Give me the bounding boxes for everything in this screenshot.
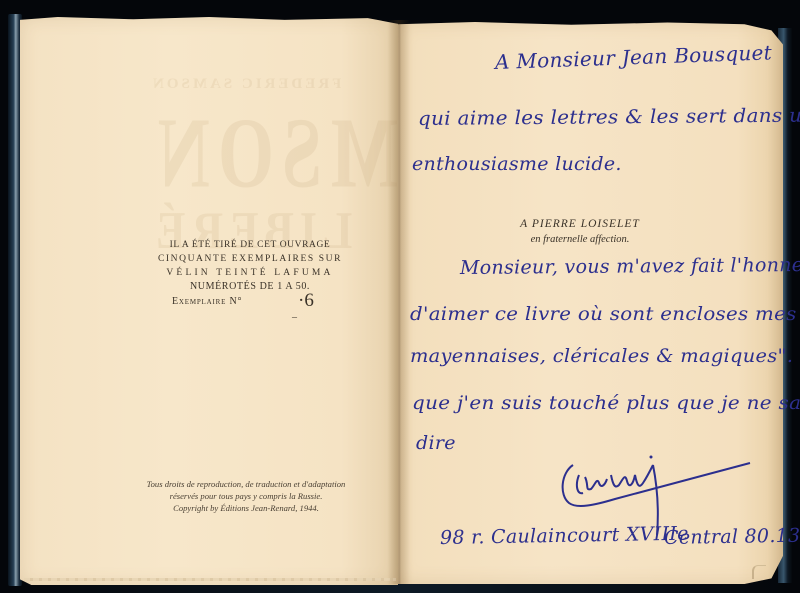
inscription-line: qui aime les lettres & les sert dans un — [418, 105, 800, 130]
exemplaire-label: Exemplaire N° — [172, 296, 242, 307]
plastic-jacket-left-edge — [8, 14, 22, 586]
inscription-line: que j'en suis touché plus que je ne saur… — [412, 392, 800, 414]
colophon-line: VÉLIN TEINTÉ LAFUMA — [150, 266, 350, 280]
page-corner-curl — [752, 565, 766, 579]
book-photo: FREDERIC SAMSON SAMSON LIBERÉ IL A ÉTÉ T… — [0, 0, 800, 593]
exemplaire-number-value: ·6 — [298, 290, 314, 311]
inscription-line: enthousiasme lucide. — [412, 153, 622, 175]
inscription-line: dire — [416, 432, 456, 454]
inscription-line: d'aimer ce livre où sont encloses mes "e… — [410, 303, 800, 325]
colophon-line: CINQUANTE EXEMPLAIRES SUR — [150, 252, 350, 266]
colophon: IL A ÉTÉ TIRÉ DE CET OUVRAGE CINQUANTE E… — [150, 238, 350, 294]
bleed-through-author: FREDERIC SAMSON — [150, 76, 341, 93]
author-address: 98 r. Caulaincourt XVIIIe — [440, 523, 689, 549]
dedication-name: A PIERRE LOISELET — [480, 216, 680, 232]
exemplaire-number: ·6 – — [298, 290, 314, 312]
author-phone: Central 80.13 — [664, 525, 800, 549]
copyright-line: réservés pour tous pays y compris la Rus… — [118, 490, 374, 502]
copyright-line: Tous droits de reproduction, de traducti… — [118, 478, 374, 490]
copyright-line: Copyright by Éditions Jean-Renard, 1944. — [118, 502, 374, 514]
exemplaire-underline-mark: – — [292, 312, 297, 323]
colophon-line: IL A ÉTÉ TIRÉ DE CET OUVRAGE — [150, 238, 350, 252]
inscription-line: Monsieur, vous m'avez fait l'honneur — [460, 254, 800, 279]
dedication-affection: en fraternelle affection. — [480, 232, 680, 248]
printed-dedication: A PIERRE LOISELET en fraternelle affecti… — [480, 216, 680, 248]
copyright-notice: Tous droits de reproduction, de traducti… — [118, 478, 374, 514]
inscription-line: mayennaises, cléricales & magiques". Cro… — [410, 345, 800, 367]
colophon-line: NUMÉROTÉS DE 1 A 50. — [150, 280, 350, 294]
deckled-edge — [24, 578, 396, 581]
